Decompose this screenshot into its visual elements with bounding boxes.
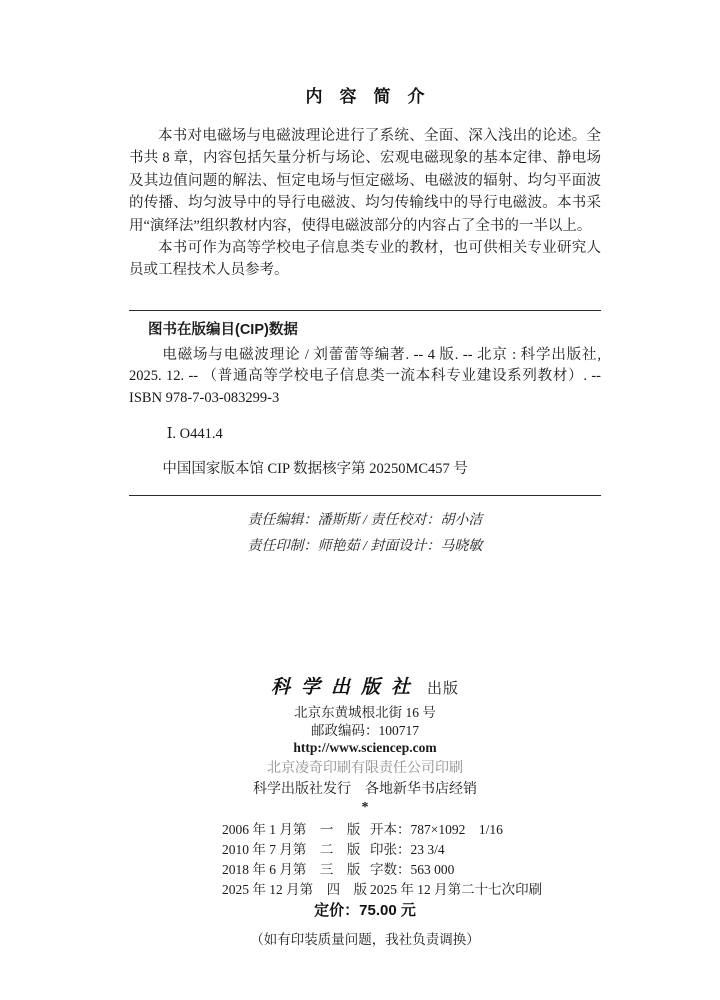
edition-date: 2010 年 7 月第 二 版 <box>222 840 370 860</box>
cip-block: 图书在版编目(CIP)数据 电磁场与电磁波理论 / 刘蕾蕾等编著. -- 4 版… <box>129 320 601 481</box>
asterisk-separator: * <box>129 800 601 816</box>
cip-record-number: 中国国家版本馆 CIP 数据核字第 20250MC457 号 <box>129 459 601 481</box>
edition-history-table: 2006 年 1 月第 一 版 开本：787×1092 1/16 2010 年 … <box>129 820 601 900</box>
summary-paragraph-1: 本书对电磁场与电磁波理论进行了系统、全面、深入浅出的论述。全书共 8 章，内容包… <box>129 125 601 237</box>
publisher-suffix: 出版 <box>427 681 459 697</box>
cip-classification: Ⅰ. O441.4 <box>129 424 601 445</box>
edition-row-1: 2006 年 1 月第 一 版 开本：787×1092 1/16 <box>222 820 601 840</box>
cip-entry: 电磁场与电磁波理论 / 刘蕾蕾等编著. -- 4 版. -- 北京 : 科学出版… <box>129 345 601 410</box>
cip-bottom-rule <box>129 495 601 496</box>
colophon-page: 内 容 简 介 本书对电磁场与电磁波理论进行了系统、全面、深入浅出的论述。全书共… <box>0 0 720 1000</box>
cip-top-rule <box>129 310 601 311</box>
publisher-postcode: 邮政编码：100717 <box>129 722 601 739</box>
publisher-logotype: 科学出版社 <box>271 677 421 698</box>
distribution-line: 科学出版社发行 各地新华书店经销 <box>129 779 601 800</box>
edition-spec: 2025 年 12 月第二十七次印刷 <box>370 880 601 900</box>
edition-date: 2006 年 1 月第 一 版 <box>222 820 370 840</box>
edition-spec: 开本：787×1092 1/16 <box>370 820 601 840</box>
publisher-name-line: 科学出版社 出版 <box>129 676 601 701</box>
publisher-block: 科学出版社 出版 北京东黄城根北街 16 号 邮政编码：100717 http:… <box>129 676 601 816</box>
summary-paragraph-2: 本书可作为高等学校电子信息类专业的教材，也可供相关专业研究人员或工程技术人员参考… <box>129 237 601 282</box>
page-title: 内 容 简 介 <box>129 86 601 108</box>
edition-date: 2018 年 6 月第 三 版 <box>222 860 370 880</box>
publisher-address: 北京东黄城根北街 16 号 <box>129 703 601 722</box>
cip-heading: 图书在版编目(CIP)数据 <box>148 320 601 340</box>
edition-spec: 字数：563 000 <box>370 860 601 880</box>
edition-row-3: 2018 年 6 月第 三 版 字数：563 000 <box>222 860 601 880</box>
edition-date: 2025 年 12 月第 四 版 <box>222 880 370 900</box>
publisher-url: http://www.sciencep.com <box>129 739 601 756</box>
printer-line: 北京凌奇印刷有限责任公司印刷 <box>129 759 601 779</box>
quality-exchange-notice: （如有印装质量问题，我社负责调换） <box>129 930 601 949</box>
edition-row-4: 2025 年 12 月第 四 版 2025 年 12 月第二十七次印刷 <box>222 880 601 900</box>
content-summary: 本书对电磁场与电磁波理论进行了系统、全面、深入浅出的论述。全书共 8 章，内容包… <box>129 125 601 282</box>
edition-spec: 印张：23 3/4 <box>370 840 601 860</box>
credits-line-editor: 责任编辑：潘斯斯 / 责任校对：胡小洁 <box>129 508 601 534</box>
credits-line-printing: 责任印制：师艳茹 / 封面设计：马晓敏 <box>129 534 601 560</box>
staff-credits: 责任编辑：潘斯斯 / 责任校对：胡小洁 责任印制：师艳茹 / 封面设计：马晓敏 <box>129 508 601 560</box>
price-line: 定价：75.00 元 <box>129 901 601 921</box>
edition-row-2: 2010 年 7 月第 二 版 印张：23 3/4 <box>222 840 601 860</box>
content-column: 内 容 简 介 本书对电磁场与电磁波理论进行了系统、全面、深入浅出的论述。全书共… <box>129 0 601 949</box>
